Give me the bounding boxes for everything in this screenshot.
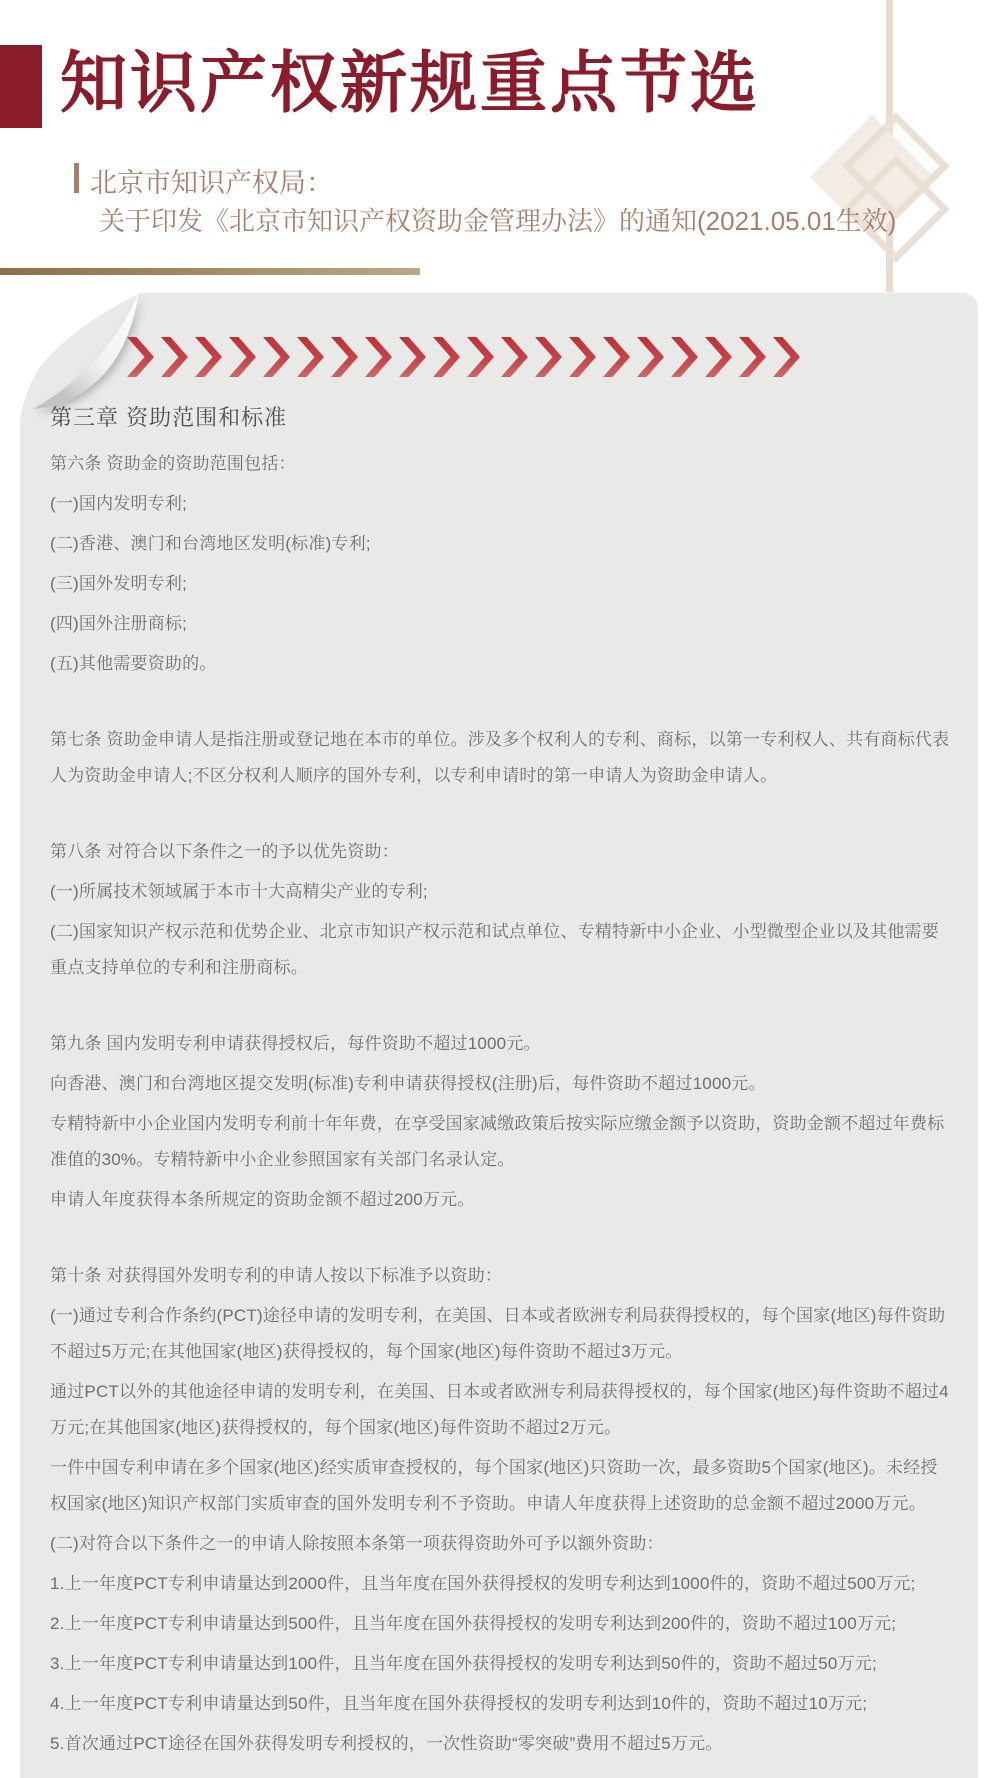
infographic-canvas: 知识产权新规重点节选 北京市知识产权局： 关于印发《北京市知识产权资助金管理办法… bbox=[0, 0, 1000, 1778]
paragraph: 5.首次通过PCT途径在国外获得发明专利授权的，一次性资助“零突破”费用不超过5… bbox=[50, 1726, 952, 1762]
page-title: 知识产权新规重点节选 bbox=[60, 44, 760, 124]
chevron-right-icon bbox=[705, 337, 732, 377]
subtitle-issuer: 北京市知识产权局： bbox=[90, 161, 333, 200]
article-paragraph: 第七条 资助金申请人是指注册或登记地在本市的单位。涉及多个权利人的专利、商标，以… bbox=[50, 722, 952, 794]
chevron-right-icon bbox=[263, 337, 290, 377]
page-body: 第三章 资助范围和标准 第六条 资助金的资助范围包括：(一)国内发明专利;(二)… bbox=[50, 403, 952, 1762]
paragraph: (二)香港、澳门和台湾地区发明(标准)专利; bbox=[50, 526, 952, 562]
paragraph: 2.上一年度PCT专利申请量达到500件，且当年度在国外获得授权的发明专利达到2… bbox=[50, 1606, 952, 1642]
paragraph: (五)其他需要资助的。 bbox=[50, 646, 952, 682]
paragraph: 申请人年度获得本条所规定的资助金额不超过200万元。 bbox=[50, 1182, 952, 1218]
subtitle-bar-mark bbox=[74, 163, 79, 193]
document-page: 第三章 资助范围和标准 第六条 资助金的资助范围包括：(一)国内发明专利;(二)… bbox=[20, 292, 978, 1778]
chevron-right-icon bbox=[773, 337, 800, 377]
chevron-right-icon bbox=[433, 337, 460, 377]
chevron-right-icon bbox=[229, 337, 256, 377]
chevron-right-icon bbox=[161, 337, 188, 377]
paragraph-list: 第六条 资助金的资助范围包括：(一)国内发明专利;(二)香港、澳门和台湾地区发明… bbox=[50, 446, 952, 1762]
paragraph: (四)国外注册商标; bbox=[50, 606, 952, 642]
chevron-right-icon bbox=[467, 337, 494, 377]
chevron-right-icon bbox=[501, 337, 528, 377]
paragraph: (一)通过专利合作条约(PCT)途径申请的发明专利，在美国、日本或者欧洲专利局获… bbox=[50, 1298, 952, 1370]
chevron-right-icon bbox=[637, 337, 664, 377]
paragraph: 第六条 资助金的资助范围包括： bbox=[50, 446, 952, 482]
chevron-right-icon bbox=[297, 337, 324, 377]
article-paragraph: 第八条 对符合以下条件之一的予以优先资助： bbox=[50, 834, 952, 870]
chevron-right-icon bbox=[535, 337, 562, 377]
chevron-right-icon bbox=[603, 337, 630, 377]
paragraph: 通过PCT以外的其他途径申请的发明专利，在美国、日本或者欧洲专利局获得授权的，每… bbox=[50, 1374, 952, 1446]
chevron-right-icon bbox=[331, 337, 358, 377]
paragraph: 4.上一年度PCT专利申请量达到50件，且当年度在国外获得授权的发明专利达到10… bbox=[50, 1686, 952, 1722]
title-accent-square bbox=[0, 45, 42, 128]
paragraph: (二)国家知识产权示范和优势企业、北京市知识产权示范和试点单位、专精特新中小企业… bbox=[50, 914, 952, 986]
paragraph: (三)国外发明专利; bbox=[50, 566, 952, 602]
chevron-right-icon bbox=[399, 337, 426, 377]
subtitle-notice: 关于印发《北京市知识产权资助金管理办法》的通知(2021.05.01生效) bbox=[99, 201, 896, 238]
chevron-right-icon bbox=[569, 337, 596, 377]
paragraph: 1.上一年度PCT专利申请量达到2000件，且当年度在国外获得授权的发明专利达到… bbox=[50, 1566, 952, 1602]
divider-line bbox=[0, 268, 420, 275]
chevron-right-icon bbox=[671, 337, 698, 377]
chevron-row bbox=[127, 337, 800, 377]
paragraph: 3.上一年度PCT专利申请量达到100件，且当年度在国外获得授权的发明专利达到5… bbox=[50, 1646, 952, 1682]
paragraph: 一件中国专利申请在多个国家(地区)经实质审查授权的，每个国家(地区)只资助一次，… bbox=[50, 1450, 952, 1522]
paragraph: (一)国内发明专利; bbox=[50, 486, 952, 522]
article-paragraph: 第十条 对获得国外发明专利的申请人按以下标准予以资助： bbox=[50, 1258, 952, 1294]
article-paragraph: 第九条 国内发明专利申请获得授权后，每件资助不超过1000元。 bbox=[50, 1026, 952, 1062]
chevron-right-icon bbox=[195, 337, 222, 377]
chevron-right-icon bbox=[739, 337, 766, 377]
chevron-right-icon bbox=[365, 337, 392, 377]
paragraph: 向香港、澳门和台湾地区提交发明(标准)专利申请获得授权(注册)后，每件资助不超过… bbox=[50, 1066, 952, 1102]
paragraph: 专精特新中小企业国内发明专利前十年年费，在享受国家减缴政策后按实际应缴金额予以资… bbox=[50, 1106, 952, 1178]
chevron-right-icon bbox=[127, 337, 154, 377]
paragraph: (二)对符合以下条件之一的申请人除按照本条第一项获得资助外可予以额外资助： bbox=[50, 1526, 952, 1562]
paragraph: (一)所属技术领域属于本市十大高精尖产业的专利; bbox=[50, 874, 952, 910]
chapter-heading: 第三章 资助范围和标准 bbox=[50, 403, 952, 433]
